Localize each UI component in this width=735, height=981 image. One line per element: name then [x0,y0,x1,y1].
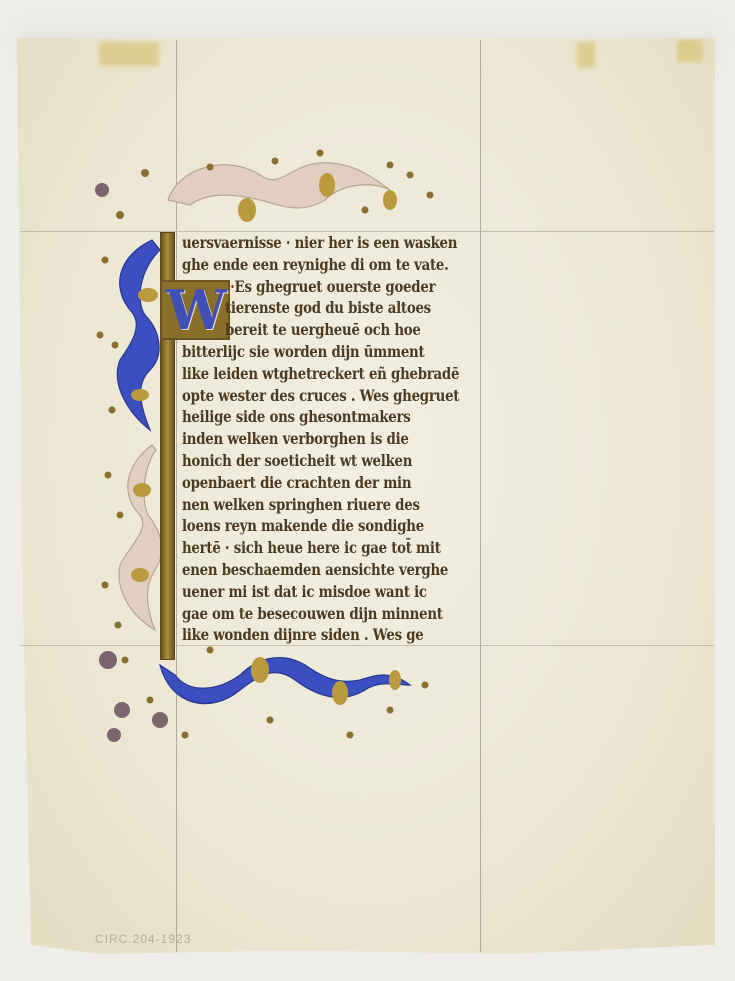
text-line: openbaert die crachten der min [182,472,449,494]
tape-stain [677,40,703,62]
text-line: bereit te uergheuē och hoe [182,319,449,341]
text-line: heilige side ons ghesontmakers [182,406,449,428]
text-line: like wonden dijnre siden . Wes ge [182,624,449,646]
text-line: nen welken springhen riuere des [182,494,449,516]
ruling-line-left [176,40,177,952]
text-line: like leiden wtghetreckert eñ ghebradē [182,363,449,385]
text-line: gae om te besecouwen dijn minnent [182,603,449,625]
tape-stain [99,42,159,66]
text-line: ghe ende een reynighe di om te vate. [182,254,449,276]
text-line: uersvaernisse · nier her is een wasken [182,232,449,254]
tape-stain [577,42,595,68]
text-line: loens reyn makende die sondighe [182,515,449,537]
manuscript-text-block: uersvaernisse · nier her is een wasken g… [182,232,492,646]
text-line: hertē · sich heue here ic gae tot̄ mit [182,537,449,559]
text-line-content: Es ghegruet ouerste goeder [235,277,436,296]
text-line: opte wester des cruces . Wes ghegruet [182,385,449,407]
text-line: enen beschaemden aensichte verghe [182,559,449,581]
inventory-number: CIRC.204-1923 [95,932,191,946]
text-line: inden welken verborghen is die [182,428,449,450]
text-line: honich der soeticheit wt welken [182,450,449,472]
text-line: tierenste god du biste altoes [182,297,449,319]
text-line: uener mi ist dat ic misdoe want ic [182,581,449,603]
text-line: bitterlijc sie worden dijn ūmment [182,341,449,363]
text-line: ·Es ghegruet ouerste goeder [182,276,449,298]
